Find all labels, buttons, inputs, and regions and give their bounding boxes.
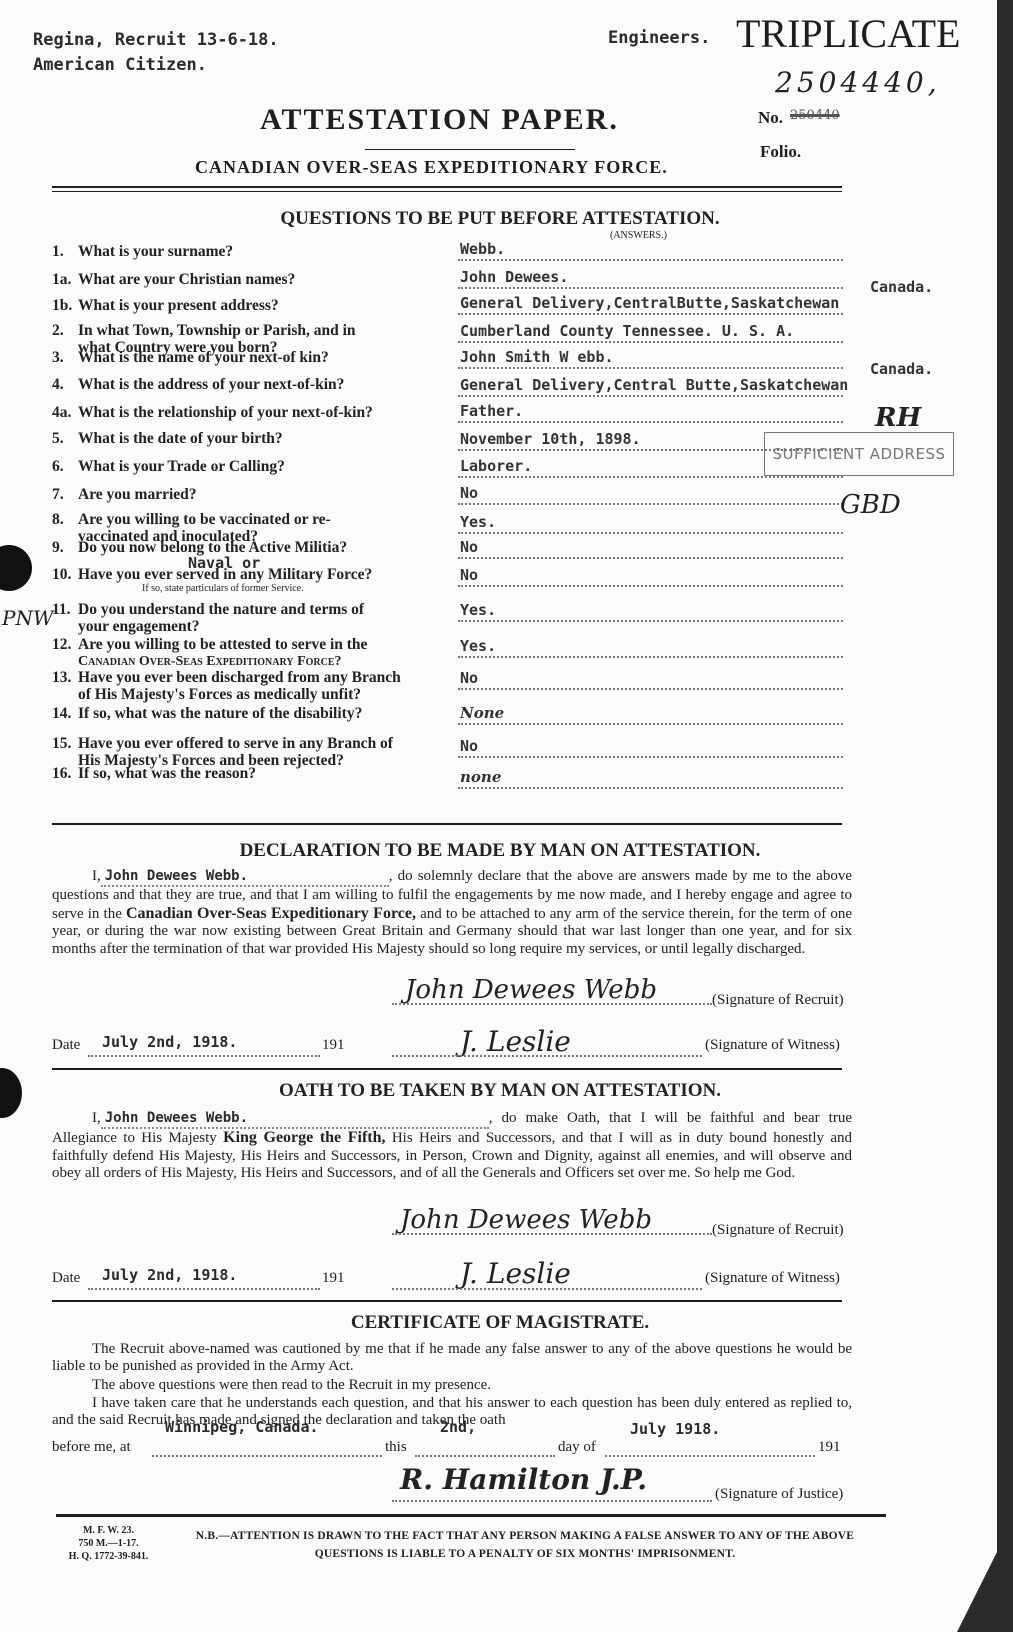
question-number: 2. <box>52 322 78 339</box>
answer-line <box>458 421 843 423</box>
page-title: ATTESTATION PAPER. <box>260 103 619 137</box>
question-15: 15.Have you ever offered to serve in any… <box>52 735 442 769</box>
certificate-para-1: The Recruit above-named was cautioned by… <box>52 1341 852 1376</box>
this-label: this <box>385 1439 407 1456</box>
signature-line <box>392 1055 702 1057</box>
place-of-attestation: Winnipeg, Canada. <box>165 1418 319 1436</box>
question-text-continued: Canadian Over-Seas Expeditionary Force? <box>52 653 442 670</box>
question-text-continued: of His Majesty's Forces as medically unf… <box>52 686 442 703</box>
certificate-heading: CERTIFICATE OF MAGISTRATE. <box>0 1312 1000 1334</box>
declaration-name: John Dewees Webb. <box>101 868 389 887</box>
question-number: 3. <box>52 349 78 366</box>
question-4: 4.What is the address of your next-of-ki… <box>52 376 442 393</box>
question-5: 5.What is the date of your birth? <box>52 430 442 447</box>
answer-10: No <box>460 566 478 584</box>
justice-signature-label: (Signature of Justice) <box>715 1486 843 1503</box>
question-text: What are your Christian names? <box>78 271 295 288</box>
answer-line <box>458 367 843 369</box>
date-line <box>88 1288 320 1290</box>
answer-line <box>458 395 843 397</box>
declaration-heading: DECLARATION TO BE MADE BY MAN ON ATTESTA… <box>0 840 1000 862</box>
divider <box>52 823 842 825</box>
question-text: What is your Trade or Calling? <box>78 458 285 475</box>
date-line <box>88 1055 320 1057</box>
answer-line <box>458 723 843 725</box>
form-code: M. F. W. 23. 750 M.—1-17. H. Q. 1772-39-… <box>56 1524 161 1563</box>
question-text: Have you ever been discharged from any B… <box>78 669 401 686</box>
question-number: 11. <box>52 601 78 618</box>
question-number: 7. <box>52 486 78 503</box>
penalty-notice-line: QUESTIONS IS LIABLE TO A PENALTY OF SIX … <box>175 1545 875 1563</box>
typed-insert: Naval or <box>188 554 260 572</box>
question-11: 11.Do you understand the nature and term… <box>52 601 442 635</box>
unit-note: Engineers. <box>608 28 710 48</box>
answer-14: None <box>460 704 504 722</box>
answers-label: (ANSWERS.) <box>610 230 667 241</box>
answer-line <box>458 341 843 343</box>
oath-date: July 2nd, 1918. <box>102 1266 237 1284</box>
declaration-text: I,John Dewees Webb., do solemnly declare… <box>52 868 852 958</box>
answer-line <box>458 787 843 789</box>
divider <box>52 1068 842 1070</box>
answer-line <box>458 476 843 478</box>
recruit-signature: John Dewees Webb <box>405 975 657 1005</box>
sufficient-address-stamp: SUFFICIENT ADDRESS <box>764 432 954 476</box>
question-text: Do you understand the nature and terms o… <box>78 601 364 618</box>
question-number: 16. <box>52 765 78 782</box>
answer-line <box>458 259 843 261</box>
answer-country: Canada. <box>870 360 933 378</box>
initials-gbd: GBD <box>840 490 901 520</box>
answer-country: Canada. <box>870 278 933 296</box>
form-code-line: H. Q. 1772-39-841. <box>56 1550 161 1563</box>
divider <box>56 1514 886 1517</box>
question-14: 14.If so, what was the nature of the dis… <box>52 705 442 722</box>
question-1b: 1b.What is your present address? <box>52 297 442 314</box>
question-text-continued: your engagement? <box>52 618 442 635</box>
question-number: 14. <box>52 705 78 722</box>
answer-line <box>458 503 843 505</box>
witness-signature-label: (Signature of Witness) <box>705 1270 840 1287</box>
answer-line <box>458 656 843 658</box>
form-code-line: 750 M.—1-17. <box>56 1537 161 1550</box>
question-number: 10. <box>52 566 78 583</box>
certificate-para-2: The above questions were then read to th… <box>52 1377 852 1394</box>
recruit-signature: John Dewees Webb <box>400 1205 652 1235</box>
answer-8: Yes. <box>460 513 496 531</box>
punch-hole <box>0 545 32 591</box>
date-label: Date <box>52 1037 80 1054</box>
witness-signature: J. Leslie <box>460 1257 571 1290</box>
folio-label: Folio. <box>760 142 801 162</box>
divider <box>52 1300 842 1302</box>
answer-12: Yes. <box>460 637 496 655</box>
signature-line <box>392 1500 712 1502</box>
month-line <box>605 1455 815 1457</box>
answer-5: November 10th, 1898. <box>460 430 641 448</box>
question-3: 3.What is the name of your next-of kin? <box>52 349 442 366</box>
question-text: What is the name of your next-of kin? <box>78 349 329 366</box>
divider <box>52 186 842 188</box>
date-label: Date <box>52 1270 80 1287</box>
answer-1a: John Dewees. <box>460 268 568 286</box>
question-text: What is the address of your next-of-kin? <box>78 376 344 393</box>
answer-1b: General Delivery,CentralButte,Saskatchew… <box>460 294 839 312</box>
divider <box>52 191 842 192</box>
form-code-line: M. F. W. 23. <box>56 1524 161 1537</box>
question-16: 16.If so, what was the reason? <box>52 765 442 782</box>
answer-line <box>458 313 843 315</box>
signature-line <box>392 1233 712 1235</box>
question-number: 12. <box>52 636 78 653</box>
question-text: If so, what was the nature of the disabi… <box>78 705 362 722</box>
recruit-signature-label: (Signature of Recruit) <box>712 1222 844 1239</box>
year-prefix: 191 <box>818 1439 841 1456</box>
number-label: No. <box>758 108 783 128</box>
divider <box>365 149 575 150</box>
oath-text: I,John Dewees Webb., do make Oath, that … <box>52 1110 852 1183</box>
justice-signature: R. Hamilton J.P. <box>400 1463 647 1496</box>
typed-note-regina: Regina, Recruit 13-6-18. <box>33 30 279 50</box>
oath-heading: OATH TO BE TAKEN BY MAN ON ATTESTATION. <box>0 1080 1000 1102</box>
question-number: 15. <box>52 735 78 752</box>
answer-line <box>458 532 843 534</box>
answer-6: Laborer. <box>460 457 532 475</box>
day-line <box>415 1455 555 1457</box>
question-text: Have you ever offered to serve in any Br… <box>78 735 393 752</box>
oath-name: John Dewees Webb. <box>101 1110 489 1129</box>
question-7: 7.Are you married? <box>52 486 442 503</box>
question-text: What is your surname? <box>78 243 233 260</box>
question-number: 8. <box>52 511 78 528</box>
question-6: 6.What is your Trade or Calling? <box>52 458 442 475</box>
answer-line <box>458 287 843 289</box>
answer-13: No <box>460 669 478 687</box>
scan-edge-shadow <box>997 0 1013 1632</box>
question-12: 12.Are you willing to be attested to ser… <box>52 636 442 670</box>
questions-heading: QUESTIONS TO BE PUT BEFORE ATTESTATION. <box>0 208 1000 230</box>
question-text: Are you married? <box>78 486 197 503</box>
question-text: What is your present address? <box>78 297 279 314</box>
place-line <box>152 1455 382 1457</box>
answer-7: No <box>460 484 478 502</box>
question-1a: 1a.What are your Christian names? <box>52 271 442 288</box>
question-4a: 4a.What is the relationship of your next… <box>52 404 442 421</box>
question-1: 1.What is your surname? <box>52 243 442 260</box>
regimental-number-handwritten: 2504440, <box>775 66 941 99</box>
answer-line <box>458 756 843 758</box>
question-text: In what Town, Township or Parish, and in <box>78 322 356 339</box>
question-number: 13. <box>52 669 78 686</box>
answer-line <box>458 620 843 622</box>
question-text: Are you willing to be attested to serve … <box>78 636 367 653</box>
answer-line <box>458 585 843 587</box>
answer-1: Webb. <box>460 240 505 258</box>
answer-4a: Father. <box>460 402 523 420</box>
witness-signature: J. Leslie <box>460 1025 571 1058</box>
answer-4: General Delivery,Central Butte,Saskatche… <box>460 376 848 394</box>
answer-11: Yes. <box>460 601 496 619</box>
question-number: 4a. <box>52 404 78 421</box>
question-number: 1. <box>52 243 78 260</box>
day-of-label: day of <box>558 1439 596 1456</box>
recruit-signature-label: (Signature of Recruit) <box>712 992 844 1009</box>
question-13: 13.Have you ever been discharged from an… <box>52 669 442 703</box>
answer-15: No <box>460 737 478 755</box>
answer-16: none <box>460 768 501 786</box>
answer-line <box>458 688 843 690</box>
scan-corner-shadow <box>957 1552 997 1632</box>
question-number: 4. <box>52 376 78 393</box>
day-of-attestation: 2nd, <box>440 1418 476 1436</box>
month-year-of-attestation: July 1918. <box>630 1420 720 1438</box>
question-number: 1b. <box>52 297 78 314</box>
answer-line <box>458 557 843 559</box>
year-prefix: 191 <box>322 1270 345 1287</box>
question-number: 9. <box>52 539 78 556</box>
penalty-notice-line: N.B.—ATTENTION IS DRAWN TO THE FACT THAT… <box>175 1527 875 1545</box>
regimental-number-struck: 250440 <box>790 108 840 123</box>
question-number: 5. <box>52 430 78 447</box>
page-subtitle: CANADIAN OVER-SEAS EXPEDITIONARY FORCE. <box>195 157 668 178</box>
signature-line <box>392 1003 712 1005</box>
margin-initials: PNW <box>2 606 54 630</box>
answer-9: No <box>460 538 478 556</box>
initials-rh: RH <box>875 403 921 433</box>
question-text: What is the relationship of your next-of… <box>78 404 373 421</box>
question-text: Are you willing to be vaccinated or re- <box>78 511 331 528</box>
question-number: 1a. <box>52 271 78 288</box>
question-number: 6. <box>52 458 78 475</box>
question-text: If so, what was the reason? <box>78 765 256 782</box>
witness-signature-label: (Signature of Witness) <box>705 1037 840 1054</box>
question-note: If so, state particulars of former Servi… <box>52 583 442 594</box>
typed-note-citizenship: American Citizen. <box>33 55 207 75</box>
signature-line <box>392 1288 702 1290</box>
answer-2: Cumberland County Tennessee. U. S. A. <box>460 322 794 340</box>
penalty-notice: N.B.—ATTENTION IS DRAWN TO THE FACT THAT… <box>175 1527 875 1563</box>
before-me-label: before me, at <box>52 1439 131 1456</box>
copy-label: TRIPLICATE <box>736 10 960 57</box>
year-prefix: 191 <box>322 1037 345 1054</box>
declaration-date: July 2nd, 1918. <box>102 1033 237 1051</box>
answer-3: John Smith W ebb. <box>460 348 614 366</box>
question-text: What is the date of your birth? <box>78 430 283 447</box>
